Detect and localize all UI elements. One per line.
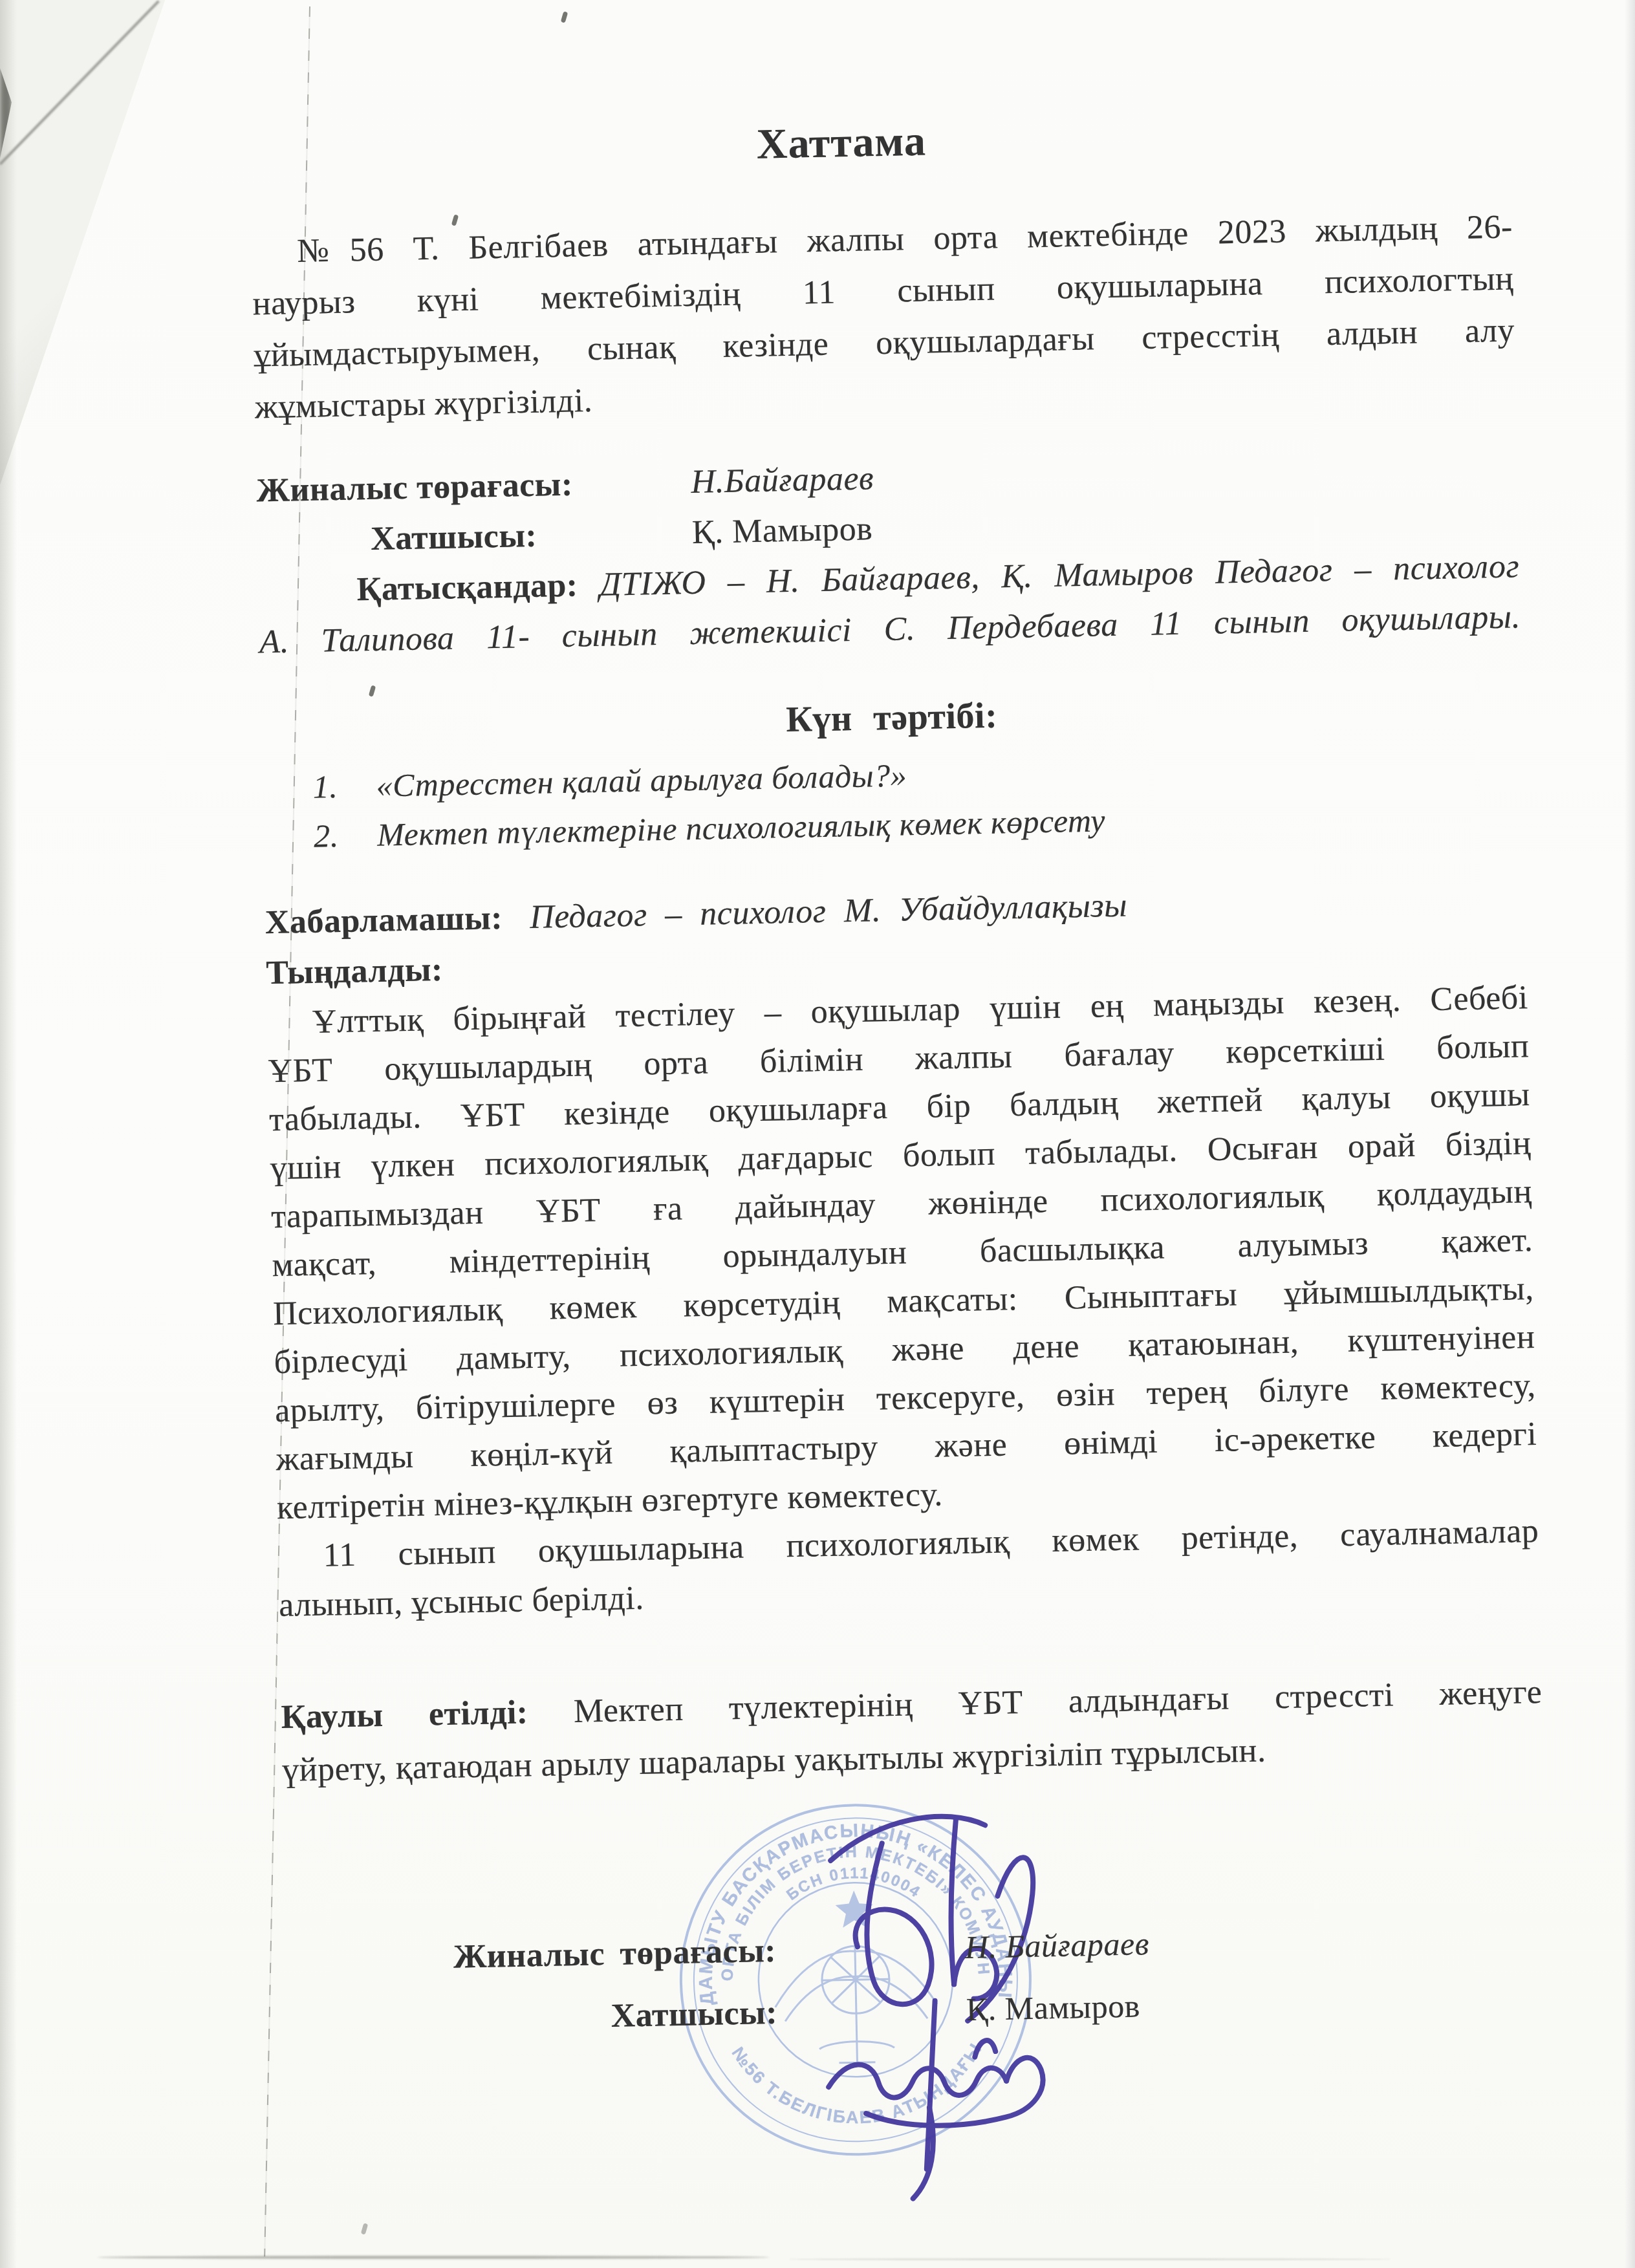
chair-label: Жиналыс төрағасы: [256, 457, 691, 516]
chair-name: Н.Байғараев [691, 460, 874, 501]
page-corner-fold [0, 0, 285, 485]
left-edge-shadow [0, 0, 17, 2268]
document-title: Хаттама [249, 100, 1511, 184]
document-content: Хаттама №56 Т. Белгібаев атындағы жалпы … [249, 100, 1552, 2233]
scan-speck [561, 11, 568, 23]
signature-names: Н. Байғараев Қ. Мамыров [964, 1912, 1151, 2040]
agenda-item-number: 1. [312, 761, 377, 812]
signature-chair-label: Жиналыс төрағасы: [285, 1920, 777, 1992]
speaker-text: Педагог – психолог М. Убайдуллақызы [530, 887, 1128, 936]
signature-section: Жиналыс төрағасы: Хатшысы: Н. Байғараев … [285, 1898, 1552, 2234]
agenda-item-number: 2. [313, 810, 378, 861]
resolution-label: Қаулы етілді: [281, 1694, 528, 1736]
scanned-protocol-document: { "colors":{ "ink":"#333333", "stamp_blu… [0, 0, 1635, 2268]
signature-labels: Жиналыс төрағасы: Хатшысы: [285, 1920, 778, 2054]
resolution-text: Мектеп түлектерінің ҰБТ алдындағы стресс… [573, 1674, 1543, 1730]
speaker-label: Хабарламашы: [265, 900, 503, 941]
secretary-name: Қ. Мамыров [691, 510, 872, 551]
bottom-scan-line-faint [789, 2258, 1391, 2260]
right-edge-shadow [1625, 0, 1635, 2268]
agenda-block: Күн тәртібі: 1.«Стресстен қалай арылуға … [261, 678, 1525, 861]
signature-secretary-label: Хатшысы: [287, 1982, 778, 2054]
officials-block: Жиналыс төрағасы:Н.Байғараев Хатшысы:Қ. … [256, 440, 1521, 667]
resolution-block: Қаулы етілді: Мектеп түлектерінің ҰБТ ал… [281, 1666, 1544, 1797]
secretary-label: Хатшысы: [370, 508, 692, 565]
heard-paragraph: Ұлттық бірыңғай тестілеу – оқушылар үшін… [266, 973, 1538, 1532]
signature-chair-name: Н. Байғараев [964, 1912, 1150, 1978]
intro-paragraph: №56 Т. Белгібаев атындағы жалпы орта мек… [251, 201, 1516, 433]
agenda-item-text: «Стресстен қалай арылуға болады?» [376, 757, 907, 803]
signature-secretary-name: Қ. Мамыров [966, 1974, 1151, 2040]
agenda-item-text: Мектеп түлектеріне психологиялық көмек к… [377, 802, 1106, 853]
bottom-scan-line [97, 2256, 770, 2259]
participants-label: Қатысқандар: [356, 567, 578, 609]
